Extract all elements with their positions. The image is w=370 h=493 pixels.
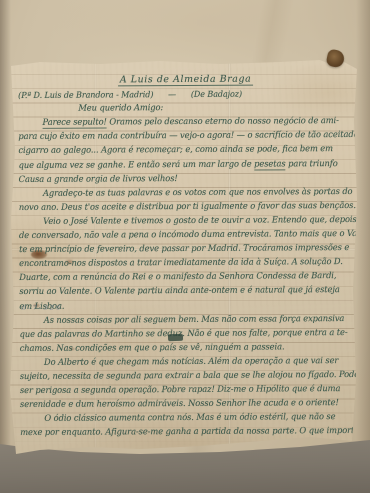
letter-photo: A Luis de Almeida Braga (P.ª D. Luis de …	[0, 0, 370, 493]
letter-body: A Luis de Almeida Braga (P.ª D. Luis de …	[18, 72, 355, 440]
letter-title: A Luis de Almeida Braga	[118, 74, 254, 87]
letter-opening-rest: Oramos pelo descanso eterno do nosso neg…	[107, 117, 339, 128]
ink-blot-strikethrough	[168, 334, 183, 341]
letter-opening-underlined: Parece sepulto!	[43, 118, 107, 129]
underlined-word: pesetas	[254, 159, 285, 170]
letter-lines: para cujo êxito em nada contribuíra — ve…	[18, 129, 355, 441]
archival-number: 6-7-326	[22, 304, 62, 313]
letter-sheet: A Luis de Almeida Braga (P.ª D. Luis de …	[10, 60, 357, 460]
